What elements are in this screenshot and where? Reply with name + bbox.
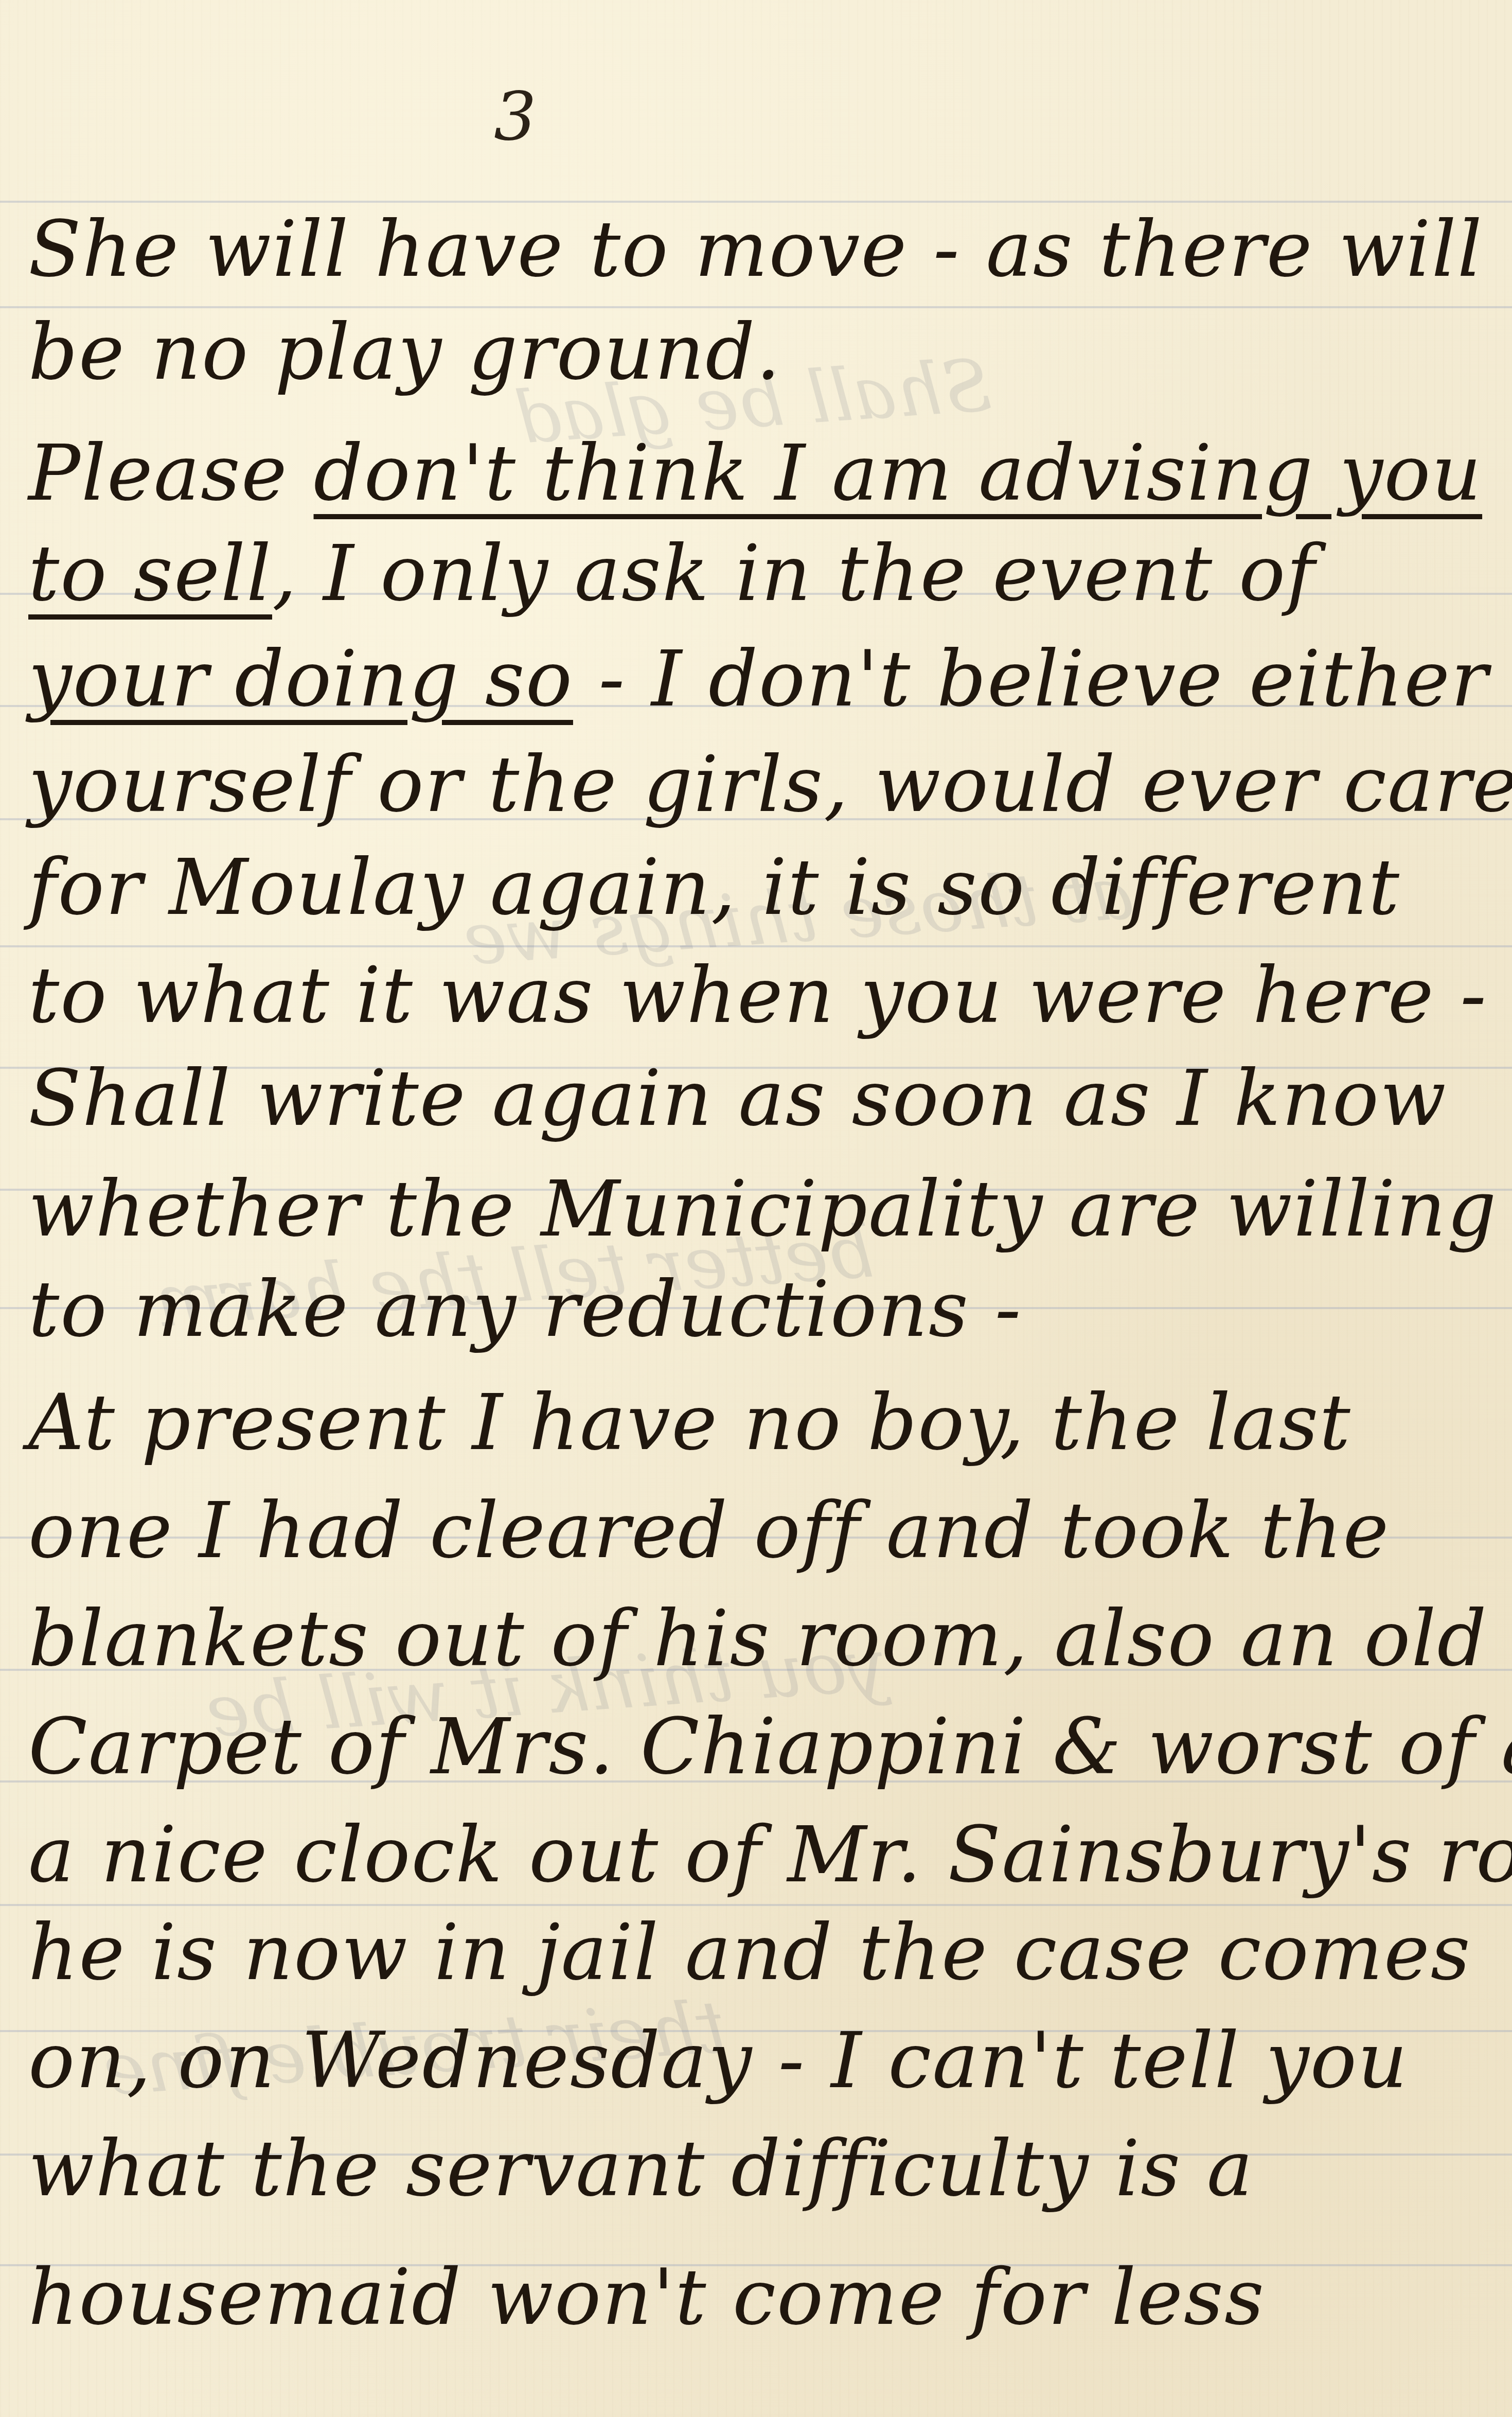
text-line: on, on Wednesday - I can't tell you [28, 2022, 1489, 2100]
text-line: Shall write again as soon as I know [28, 1060, 1489, 1137]
underlined-text: your doing so [28, 634, 573, 724]
text-line: to what it was when you were here - [28, 957, 1489, 1034]
text-line: your doing so - I don't believe either [28, 641, 1489, 718]
text-line: She will have to move - as there will [28, 211, 1489, 288]
text-line: At present I have no boy, the last [28, 1384, 1489, 1461]
text-line: a nice clock out of Mr. Sainsbury's room [28, 1816, 1489, 1894]
underlined-text: to sell [28, 529, 272, 619]
text-line: he is now in jail and the case comes [28, 1914, 1489, 1991]
text-line: to sell, I only ask in the event of [28, 535, 1489, 612]
ruled-line [0, 201, 1512, 203]
text-line: for Moulay again, it is so different [28, 849, 1489, 926]
text-line: what the servant difficulty is a [28, 2130, 1489, 2208]
text-line: Please don't think I am advising you [28, 435, 1489, 512]
text-line: be no play ground. [28, 314, 1489, 391]
text-line: housemaid won't come for less [28, 2259, 1489, 2336]
page-number: 3 [494, 77, 537, 155]
ruled-line [0, 1904, 1512, 1906]
letter-page: Shall be glad at those things we better … [0, 0, 1512, 2417]
text-line: whether the Municipality are willing [28, 1171, 1489, 1248]
underlined-text: don't think I am advising you [314, 429, 1483, 518]
text-line: one I had cleared off and took the [28, 1492, 1489, 1569]
text-line: Carpet of Mrs. Chiappini & worst of all [28, 1708, 1489, 1786]
text-line: to make any reductions - [28, 1271, 1489, 1348]
text-line: blankets out of his room, also an old [28, 1600, 1489, 1678]
text-line: yourself or the girls, would ever care [28, 746, 1489, 823]
